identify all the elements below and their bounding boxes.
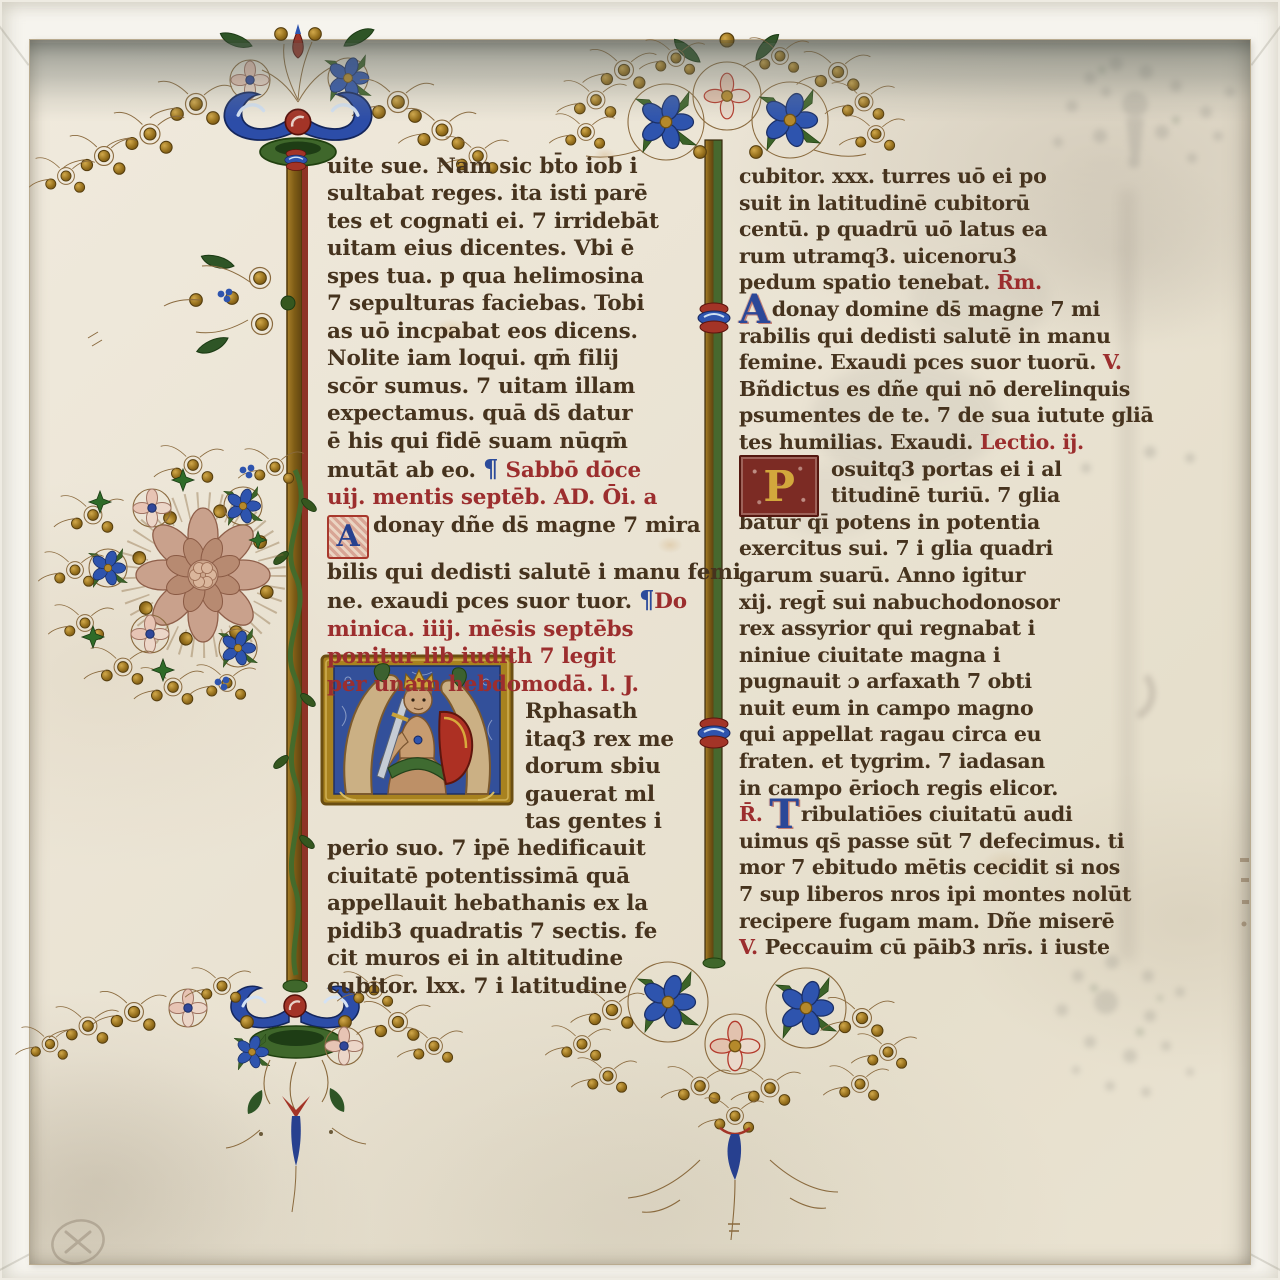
text-line: ne. exaudi pces suor tuor. ¶Do bbox=[327, 586, 722, 615]
text-segment: femine. Exaudi pces suor tuorū. bbox=[739, 350, 1103, 374]
text-line: qui appellat ragau circa eu bbox=[739, 721, 1171, 748]
text-segment: cubitor. xxx. turres uō ei po bbox=[739, 164, 1046, 188]
text-segment: Lectio. ij. bbox=[980, 430, 1084, 454]
text-segment: niniue ciuitate magna i bbox=[739, 643, 1000, 667]
text-line: 7 sup liberos nros ipi montes nolūt bbox=[739, 881, 1171, 908]
text-line: tes humilias. Exaudi. Lectio. ij. bbox=[739, 429, 1171, 456]
text-segment: rex assyrior qui regnabat i bbox=[739, 616, 1035, 640]
text-segment: spes tua. p qua helimosina bbox=[327, 264, 644, 289]
text-line: suit in latitudinē cubitorū bbox=[739, 190, 1171, 217]
text-segment: 7 sup liberos nros ipi montes nolūt bbox=[739, 882, 1131, 906]
text-line: garum suarū. Anno igitur bbox=[739, 562, 1171, 589]
text-segment: exercitus sui. 7 i glia quadri bbox=[739, 536, 1053, 560]
text-segment: cit muros ei in altitudine bbox=[327, 946, 623, 971]
text-segment: ¶ bbox=[639, 585, 654, 614]
text-segment: Do bbox=[654, 589, 687, 614]
text-line: Bñdictus es dñe qui nō derelinquis bbox=[739, 376, 1171, 403]
text-line: Rphasath bbox=[327, 698, 722, 725]
text-line: rabilis qui dedisti salutē in manu bbox=[739, 323, 1171, 350]
text-segment: pidib3 quadratis 7 sectis. fe bbox=[327, 919, 657, 944]
text-line: perio suo. 7 ipē hedificauit bbox=[327, 835, 722, 862]
text-line: uite sue. Nam sic bt̄o iob i bbox=[327, 153, 722, 180]
text-line: in campo ērioch regis elicor. bbox=[739, 775, 1171, 802]
text-line: 7 sepulturas faciebas. Tobi bbox=[327, 290, 722, 317]
text-segment: xij. regt̄ sui nabuchodonosor bbox=[739, 590, 1060, 614]
text-segment: mutāt ab eo. bbox=[327, 458, 483, 483]
text-segment: pugnauit ɔ arfaxath 7 obti bbox=[739, 669, 1032, 693]
text-segment: Peccauim cū pāib3 nrīs. i iuste bbox=[765, 935, 1110, 959]
text-line: per unam hebdomodā. l. J. bbox=[327, 671, 722, 698]
text-segment: fraten. et tygrim. 7 iadasan bbox=[739, 749, 1045, 773]
text-line: as uō incpabat eos dicens. bbox=[327, 318, 722, 345]
text-segment: donay domine ds̄ magne 7 mi bbox=[772, 297, 1100, 321]
text-line: exercitus sui. 7 i glia quadri bbox=[739, 535, 1171, 562]
text-segment: donay dñe ds̄ magne 7 mira bbox=[373, 513, 701, 538]
text-segment: recipere fugam mam. Dñe miserē bbox=[739, 909, 1114, 933]
text-segment: ribulatiōes ciuitatū audi bbox=[801, 802, 1073, 826]
text-segment: mor 7 ebitudo mētis cecidit si nos bbox=[739, 855, 1120, 879]
frame-miter-top-right bbox=[1250, 18, 1280, 65]
text-segment: V. bbox=[1103, 350, 1122, 374]
text-segment: centū. p quadrū uō latus ea bbox=[739, 217, 1047, 241]
text-line: expectamus. quā ds̄ datur bbox=[327, 400, 722, 427]
text-line: femine. Exaudi pces suor tuorū. V. bbox=[739, 349, 1171, 376]
text-line: uimus qs̄ passe sūt 7 defecimus. ti bbox=[739, 828, 1171, 855]
text-segment: appellauit hebathanis ex la bbox=[327, 891, 648, 916]
text-line: cubitor. lxx. 7 i latitudine bbox=[327, 973, 722, 1000]
text-segment: Rphasath bbox=[525, 699, 637, 724]
text-segment: perio suo. 7 ipē hedificauit bbox=[327, 836, 646, 861]
text-segment: as uō incpabat eos dicens. bbox=[327, 319, 638, 344]
text-segment: titudinē turiū. 7 glia bbox=[831, 483, 1060, 507]
text-segment: R̄. bbox=[739, 802, 769, 826]
text-segment: Nolite iam loqui. qm̄ filij bbox=[327, 346, 619, 371]
text-segment: 7 sepulturas faciebas. Tobi bbox=[327, 291, 644, 316]
text-line: pugnauit ɔ arfaxath 7 obti bbox=[739, 668, 1171, 695]
text-line: ē his qui fidē suam nūqm̄ bbox=[327, 428, 722, 455]
text-line: itaq3 rex me bbox=[327, 726, 722, 753]
text-segment: ciuitatē potentissimā quā bbox=[327, 864, 630, 889]
text-segment: tes humilias. Exaudi. bbox=[739, 430, 980, 454]
ornamental-initial-p: P bbox=[739, 455, 819, 517]
text-segment: scōr sumus. 7 uitam illam bbox=[327, 374, 635, 399]
text-segment: itaq3 rex me bbox=[525, 727, 674, 752]
text-line: rum utramq3. uicenoru3 bbox=[739, 243, 1171, 270]
text-line: tas gentes i bbox=[327, 808, 722, 835]
text-line: cit muros ei in altitudine bbox=[327, 945, 722, 972]
text-line: mutāt ab eo. ¶ Sabbō dōce bbox=[327, 455, 722, 484]
text-segment: V. bbox=[739, 935, 765, 959]
text-segment: per unam hebdomodā. l. J. bbox=[327, 672, 639, 697]
text-segment: ne. exaudi pces suor tuor. bbox=[327, 589, 639, 614]
text-segment: tas gentes i bbox=[525, 809, 662, 834]
text-segment: expectamus. quā ds̄ datur bbox=[327, 401, 632, 426]
text-line: R̄. Tribulatiōes ciuitatū audi bbox=[739, 801, 1171, 828]
text-line: xij. regt̄ sui nabuchodonosor bbox=[739, 589, 1171, 616]
text-segment: dorum sbiu bbox=[525, 754, 661, 779]
text-segment: suit in latitudinē cubitorū bbox=[739, 191, 1030, 215]
text-segment: qui appellat ragau circa eu bbox=[739, 722, 1041, 746]
text-line: cubitor. xxx. turres uō ei po bbox=[739, 163, 1171, 190]
text-segment: osuitq3 portas ei i al bbox=[831, 457, 1062, 481]
text-line: dorum sbiu bbox=[327, 753, 722, 780]
text-segment: tes et cognati ei. 7 irridebāt bbox=[327, 209, 659, 234]
left-text-column: uite sue. Nam sic bt̄o iob isultabat reg… bbox=[327, 153, 722, 1000]
text-line: nuit eum in campo magno bbox=[739, 695, 1171, 722]
text-line: gauerat ml bbox=[327, 781, 722, 808]
text-segment: pedum spatio tenebat. bbox=[739, 270, 997, 294]
text-segment: uimus qs̄ passe sūt 7 defecimus. ti bbox=[739, 829, 1124, 853]
text-segment: garum suarū. Anno igitur bbox=[739, 563, 1025, 587]
text-line: rex assyrior qui regnabat i bbox=[739, 615, 1171, 642]
text-line: uitam eius dicentes. Vbi ē bbox=[327, 235, 722, 262]
text-line: tes et cognati ei. 7 irridebāt bbox=[327, 208, 722, 235]
text-segment: Bñdictus es dñe qui nō derelinquis bbox=[739, 377, 1130, 401]
text-segment: ponitur lib iudith 7 legit bbox=[327, 644, 616, 669]
text-line: pidib3 quadratis 7 sectis. fe bbox=[327, 918, 722, 945]
text-segment: minica. iiij. mēsis septēbs bbox=[327, 617, 633, 642]
text-segment: psumentes de te. 7 de sua iutute gliā bbox=[739, 403, 1154, 427]
text-segment: rum utramq3. uicenoru3 bbox=[739, 244, 1017, 268]
text-line: fraten. et tygrim. 7 iadasan bbox=[739, 748, 1171, 775]
text-line: Adonay domine ds̄ magne 7 mi bbox=[739, 296, 1171, 323]
text-line: sultabat reges. ita isti parē bbox=[327, 180, 722, 207]
text-line: ciuitatē potentissimā quā bbox=[327, 863, 722, 890]
text-segment: ¶ bbox=[483, 454, 498, 483]
text-segment: Sabbō dōce bbox=[498, 458, 641, 483]
text-line: uij. mentis septēb. AD. Ōi. a bbox=[327, 484, 722, 511]
text-segment: bilis qui dedisti salutē i manu femi bbox=[327, 560, 741, 585]
text-line: centū. p quadrū uō latus ea bbox=[739, 216, 1171, 243]
text-line: pedum spatio tenebat. R̄m. bbox=[739, 269, 1171, 296]
text-line: recipere fugam mam. Dñe miserē bbox=[739, 908, 1171, 935]
text-line: spes tua. p qua helimosina bbox=[327, 263, 722, 290]
text-segment: R̄m. bbox=[997, 270, 1042, 294]
text-segment: nuit eum in campo magno bbox=[739, 696, 1033, 720]
framed-manuscript-photo: { "palette":{"parchment":"#eae3d3","ink"… bbox=[0, 0, 1280, 1280]
text-segment: uij. mentis septēb. AD. Ōi. a bbox=[327, 485, 657, 510]
text-line: Adonay dñe ds̄ magne 7 mira bbox=[327, 512, 722, 559]
text-line: niniue ciuitate magna i bbox=[739, 642, 1171, 669]
frame-miter-top-left bbox=[0, 18, 30, 65]
text-line: minica. iiij. mēsis septēbs bbox=[327, 616, 722, 643]
text-segment: uite sue. Nam sic bt̄o iob i bbox=[327, 154, 638, 179]
text-line: Nolite iam loqui. qm̄ filij bbox=[327, 345, 722, 372]
right-text-column: P cubitor. xxx. turres uō ei posuit in l… bbox=[739, 163, 1171, 961]
text-line: scōr sumus. 7 uitam illam bbox=[327, 373, 722, 400]
text-segment: cubitor. lxx. 7 i latitudine bbox=[327, 974, 627, 999]
text-segment: rabilis qui dedisti salutē in manu bbox=[739, 324, 1111, 348]
text-segment: A bbox=[327, 515, 369, 559]
text-line: bilis qui dedisti salutē i manu femi bbox=[327, 559, 722, 586]
text-line: appellauit hebathanis ex la bbox=[327, 890, 722, 917]
text-segment: sultabat reges. ita isti parē bbox=[327, 181, 647, 206]
text-line: ponitur lib iudith 7 legit bbox=[327, 643, 722, 670]
text-segment: gauerat ml bbox=[525, 782, 655, 807]
text-line: V. Peccauim cū pāib3 nrīs. i iuste bbox=[739, 934, 1171, 961]
text-segment: ē his qui fidē suam nūqm̄ bbox=[327, 429, 628, 454]
frame-shadow-band bbox=[30, 40, 1250, 121]
text-line: mor 7 ebitudo mētis cecidit si nos bbox=[739, 854, 1171, 881]
text-segment: uitam eius dicentes. Vbi ē bbox=[327, 236, 634, 261]
text-line: psumentes de te. 7 de sua iutute gliā bbox=[739, 402, 1171, 429]
